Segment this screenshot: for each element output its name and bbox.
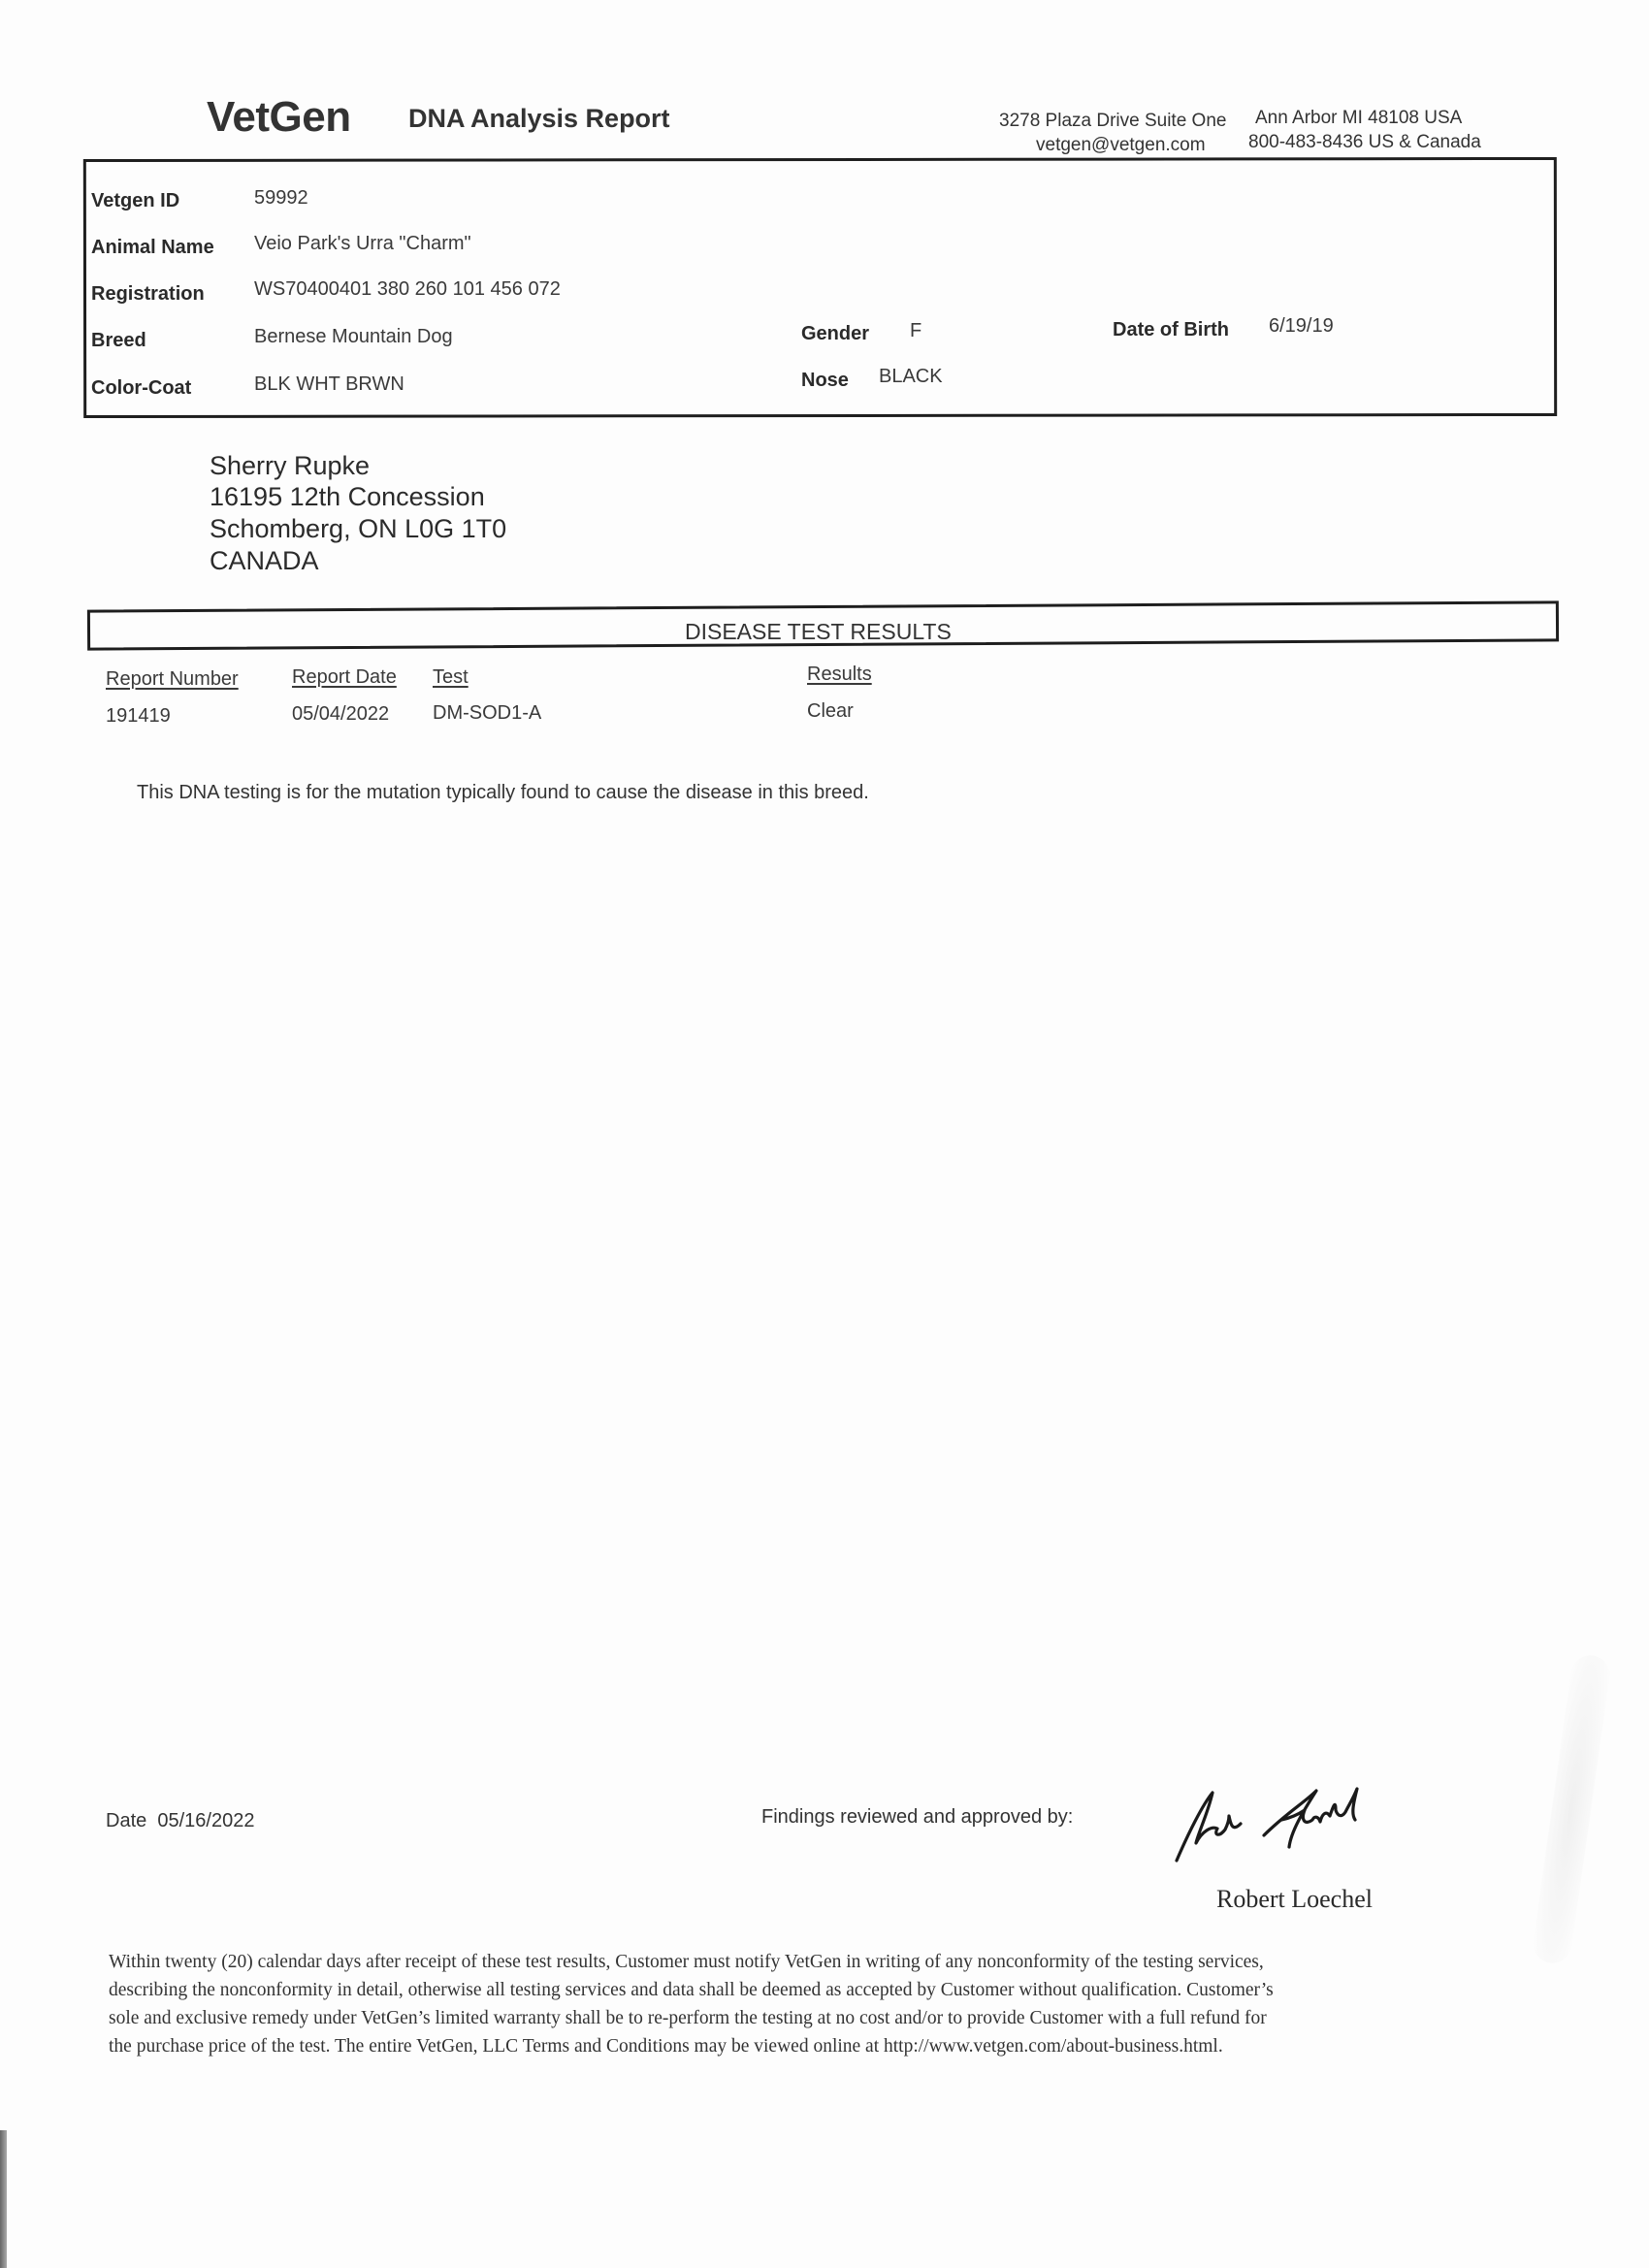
registration-value: WS70400401 380 260 101 456 072 xyxy=(254,278,561,301)
column-header-report-number: Report Number xyxy=(106,668,239,691)
report-title: DNA Analysis Report xyxy=(408,104,670,134)
dob-label: Date of Birth xyxy=(1113,319,1229,341)
cell-test: DM-SOD1-A xyxy=(433,702,541,725)
report-issue-date: Date 05/16/2022 xyxy=(106,1810,254,1832)
breed-value: Bernese Mountain Dog xyxy=(254,326,453,348)
date-label: Date xyxy=(106,1810,146,1831)
terms-line: describing the nonconformity in detail, … xyxy=(109,1976,1389,2004)
column-header-report-date: Report Date xyxy=(292,666,397,689)
address-street: 3278 Plaza Drive Suite One xyxy=(999,111,1226,132)
gender-label: Gender xyxy=(801,323,869,345)
animal-name-value: Veio Park's Urra "Charm" xyxy=(254,233,471,255)
column-header-results: Results xyxy=(807,664,872,686)
registration-label: Registration xyxy=(91,283,205,306)
owner-country: CANADA xyxy=(210,546,319,576)
owner-city: Schomberg, ON L0G 1T0 xyxy=(210,514,506,544)
animal-name-label: Animal Name xyxy=(91,237,214,259)
cell-report-date: 05/04/2022 xyxy=(292,703,389,726)
nose-value: BLACK xyxy=(879,366,943,388)
terms-and-conditions: Within twenty (20) calendar days after r… xyxy=(109,1948,1389,2060)
cell-report-number: 191419 xyxy=(106,705,171,728)
breed-label: Breed xyxy=(91,330,146,352)
scan-smudge xyxy=(1531,1653,1612,1965)
color-coat-value: BLK WHT BRWN xyxy=(254,373,404,396)
address-city: Ann Arbor MI 48108 USA xyxy=(1255,108,1462,129)
brand-logo: VetGen xyxy=(207,93,351,142)
column-header-test: Test xyxy=(433,666,469,689)
owner-name: Sherry Rupke xyxy=(210,451,370,481)
contact-email: vetgen@vetgen.com xyxy=(1036,135,1206,156)
scan-edge-shadow xyxy=(0,2130,7,2268)
nose-label: Nose xyxy=(801,370,849,392)
vetgen-id-label: Vetgen ID xyxy=(91,190,179,212)
gender-value: F xyxy=(910,320,921,342)
disease-results-title: DISEASE TEST RESULTS xyxy=(685,619,952,645)
terms-line: sole and exclusive remedy under VetGen’s… xyxy=(109,2004,1389,2032)
terms-line: Within twenty (20) calendar days after r… xyxy=(109,1948,1389,1976)
owner-street: 16195 12th Concession xyxy=(210,482,485,512)
findings-approval-label: Findings reviewed and approved by: xyxy=(761,1806,1073,1829)
date-value: 05/16/2022 xyxy=(157,1810,254,1831)
signer-name: Robert Loechel xyxy=(1216,1885,1373,1914)
color-coat-label: Color-Coat xyxy=(91,377,191,400)
disease-note: This DNA testing is for the mutation typ… xyxy=(137,782,869,804)
terms-line: the purchase price of the test. The enti… xyxy=(109,2032,1389,2060)
dob-value: 6/19/19 xyxy=(1269,315,1334,338)
contact-phone: 800-483-8436 US & Canada xyxy=(1248,132,1481,153)
vetgen-id-value: 59992 xyxy=(254,187,308,210)
cell-result: Clear xyxy=(807,700,854,723)
signature-image xyxy=(1169,1775,1460,1867)
